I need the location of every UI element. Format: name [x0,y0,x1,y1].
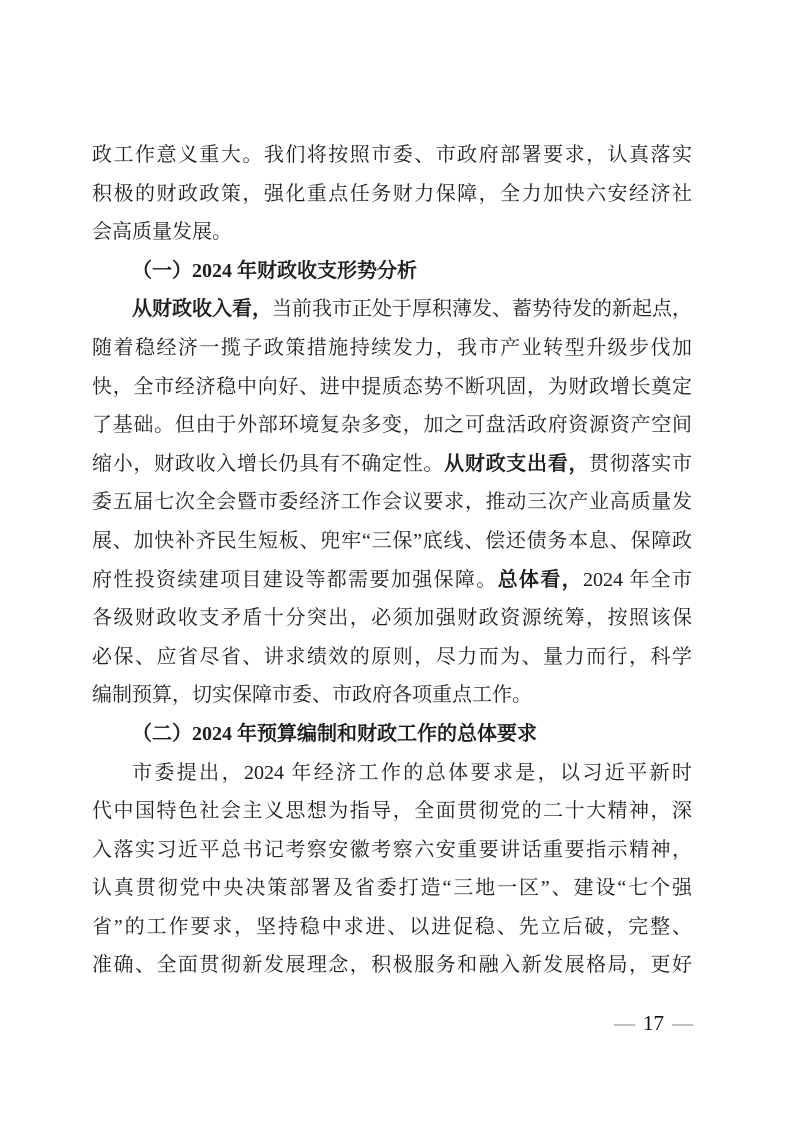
page-number: 17 [643,1011,664,1035]
text-run: 贯彻落实市 [589,453,692,475]
text-run: 各级财政收支矛盾十分突出，必须加强财政资源统筹，按照该保 [92,607,692,629]
text-line: 缩小，财政收入增长仍具有不确定性。从财政支出看，贯彻落实市 [92,445,692,484]
footer-dash-right: — [672,1011,693,1035]
text-line: 编制预算，切实保障市委、市政府各项重点工作。 [92,676,692,715]
text-line: 府性投资续建项目建设等都需要加强保障。总体看，2024 年全市 [92,561,692,600]
text-run: 认真贯彻党中央决策部署及省委打造“三地一区”、建设“七个强 [92,877,692,899]
text-run: 从财政收入看， [132,298,272,320]
section-heading: （二）2024 年预算编制和财政工作的总体要求 [92,715,692,754]
text-run: 入落实习近平总书记考察安徽考察六安重要讲话重要指示精神， [92,839,692,861]
text-run: 委五届七次全会暨市委经济工作会议要求，推动三次产业高质量发 [92,491,692,513]
text-run: （一）2024 年财政收支形势分析 [132,260,417,282]
text-run: 快，全市经济稳中向好、进中提质态势不断巩固，为财政增长奠定 [92,376,692,398]
text-run: 了基础。但由于外部环境复杂多变，加之可盘活政府资源资产空间 [92,414,692,436]
text-line: 会高质量发展。 [92,213,692,252]
text-run: 市委提出，2024 年经济工作的总体要求是，以习近平新时 [132,762,692,784]
text-run: 政工作意义重大。我们将按照市委、市政府部署要求，认真落实 [92,144,692,166]
page: 政工作意义重大。我们将按照市委、市政府部署要求，认真落实积极的财政政策，强化重点… [0,0,793,1122]
text-line: 政工作意义重大。我们将按照市委、市政府部署要求，认真落实 [92,136,692,175]
text-line: 积极的财政政策，强化重点任务财力保障，全力加快六安经济社 [92,175,692,214]
text-line: 必保、应省尽省、讲求绩效的原则，尽力而为、量力而行，科学 [92,638,692,677]
document-body: 政工作意义重大。我们将按照市委、市政府部署要求，认真落实积极的财政政策，强化重点… [92,136,692,985]
text-line: 市委提出，2024 年经济工作的总体要求是，以习近平新时 [92,754,692,793]
section-heading: （一）2024 年财政收支形势分析 [92,252,692,291]
text-run: 代中国特色社会主义思想为指导，全面贯彻党的二十大精神，深 [92,800,692,822]
text-line: 从财政收入看，当前我市正处于厚积薄发、蓄势待发的新起点， [92,290,692,329]
text-run: 展、加快补齐民生短板、兜牢“三保”底线、偿还债务本息、保障政 [92,530,692,552]
text-run: 随着稳经济一揽子政策措施持续发力，我市产业转型升级步伐加 [92,337,692,359]
text-run: 会高质量发展。 [92,221,232,243]
footer-dash-left: — [614,1011,635,1035]
text-line: 展、加快补齐民生短板、兜牢“三保”底线、偿还债务本息、保障政 [92,522,692,561]
text-run: 缩小，财政收入增长仍具有不确定性。 [92,453,444,475]
text-line: 了基础。但由于外部环境复杂多变，加之可盘活政府资源资产空间 [92,406,692,445]
page-footer: —17— [614,1010,693,1036]
text-run: 府性投资续建项目建设等都需要加强保障。 [92,569,498,591]
text-run: 准确、全面贯彻新发展理念，积极服务和融入新发展格局，更好 [92,954,692,976]
text-line: 各级财政收支矛盾十分突出，必须加强财政资源统筹，按照该保 [92,599,692,638]
text-line: 代中国特色社会主义思想为指导，全面贯彻党的二十大精神，深 [92,792,692,831]
text-run: （二）2024 年预算编制和财政工作的总体要求 [132,723,537,745]
text-run: 当前我市正处于厚积薄发、蓄势待发的新起点， [272,298,692,320]
text-run: 2024 年全市 [583,569,692,591]
text-run: 总体看， [498,569,583,591]
text-line: 随着稳经济一揽子政策措施持续发力，我市产业转型升级步伐加 [92,329,692,368]
text-run: 省”的工作要求，坚持稳中求进、以进促稳、先立后破，完整、 [92,916,692,938]
text-run: 积极的财政政策，强化重点任务财力保障，全力加快六安经济社 [92,183,692,205]
text-line: 快，全市经济稳中向好、进中提质态势不断巩固，为财政增长奠定 [92,368,692,407]
text-line: 委五届七次全会暨市委经济工作会议要求，推动三次产业高质量发 [92,483,692,522]
text-line: 认真贯彻党中央决策部署及省委打造“三地一区”、建设“七个强 [92,869,692,908]
text-line: 准确、全面贯彻新发展理念，积极服务和融入新发展格局，更好 [92,946,692,985]
text-line: 入落实习近平总书记考察安徽考察六安重要讲话重要指示精神， [92,831,692,870]
text-line: 省”的工作要求，坚持稳中求进、以进促稳、先立后破，完整、 [92,908,692,947]
text-run: 必保、应省尽省、讲求绩效的原则，尽力而为、量力而行，科学 [92,646,692,668]
text-run: 从财政支出看， [444,453,589,475]
text-run: 编制预算，切实保障市委、市政府各项重点工作。 [92,684,532,706]
